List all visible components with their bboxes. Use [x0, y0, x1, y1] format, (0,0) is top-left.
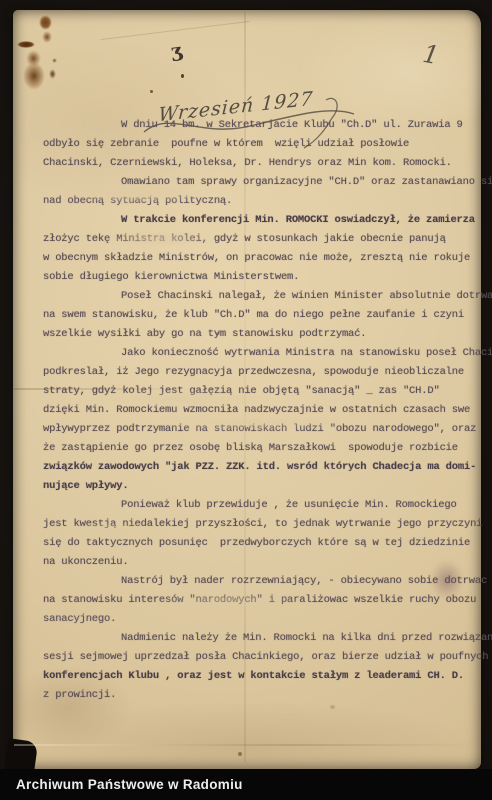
typed-line: wpływyprzez podtrzymanie na stanowiskach… [43, 420, 480, 439]
typed-line: się do taktycznych posunięc przedwyborcz… [43, 534, 480, 553]
typed-line: na swem stanowisku, że klub "Ch.D" ma do… [43, 306, 480, 325]
typed-line: podkreslał, iż Jego rezygnacyja przedwcz… [43, 363, 480, 382]
typed-line: Ponieważ klub przewiduje , że usunięcie … [43, 496, 480, 515]
typed-line: w obecnym składzie Ministrów, on pracowa… [43, 249, 480, 268]
typed-line: sobie długiego kierownictwa Ministerstwe… [43, 268, 480, 287]
paragraph: Poseł Chacinski nalegał, że winien Minis… [43, 287, 480, 344]
typed-line: jest kwestją niedalekiej przyszłości, to… [43, 515, 480, 534]
typed-line: związków zawodowych "jak PZZ. ZZK. itd. … [43, 458, 480, 477]
typed-line: konferencjach Klubu , oraz jest w kontak… [43, 667, 480, 686]
paragraph: W trakcie konferencji Min. ROMOCKI oswia… [43, 211, 480, 287]
typed-line: z prowincji. [43, 686, 480, 705]
paragraph: Nastrój był nader rozrzewniający, - obie… [43, 572, 480, 629]
watermark-bar: Archiwum Państwowe w Radomiu [0, 769, 492, 800]
typed-line: dzięki Min. Romockiemu wzmocniła nadzwyc… [43, 401, 480, 420]
typed-line: Jako konieczność wytrwania Ministra na s… [43, 344, 480, 363]
typed-line: nujące wpływy. [43, 477, 480, 496]
typed-line: na stanowisku interesów "narodowych" i p… [43, 591, 480, 610]
archival-photo: ʒ 1 Wrzesień 1927 W dniu 14 bm. w Sekret… [0, 0, 492, 800]
paragraph: Ponieważ klub przewiduje , że usunięcie … [43, 496, 480, 572]
watermark-label: Archiwum Państwowe w Radomiu [16, 777, 243, 792]
typed-line: W trakcie konferencji Min. ROMOCKI oswia… [43, 211, 480, 230]
typed-line: nad obecną sytuacją polityczną. [43, 192, 480, 211]
paragraph: Jako konieczność wytrwania Ministra na s… [43, 344, 480, 496]
typed-line: Poseł Chacinski nalegał, że winien Minis… [43, 287, 480, 306]
typed-line: Nastrój był nader rozrzewniający, - obie… [43, 572, 480, 591]
typed-line: odbyło się zebranie poufne w którem wzię… [43, 135, 480, 154]
typed-line: W dniu 14 bm. w Sekretarjacie Klubu "Ch.… [43, 116, 480, 135]
typed-line: sanacyjnego. [43, 610, 480, 629]
typed-line: że zastąpienie go przez osobę bliską Mar… [43, 439, 480, 458]
typed-text: W dniu 14 bm. w Sekretarjacie Klubu "Ch.… [43, 116, 480, 705]
typed-line: straty, gdyż kolej jest gałęzią nie obję… [43, 382, 480, 401]
ink-dot [181, 74, 184, 78]
typed-line: Chacinski, Czerniewski, Holeksa, Dr. Hen… [43, 154, 480, 173]
paragraph: Omawiano tam sprawy organizacyjne "CH.D"… [43, 173, 480, 211]
paragraph: W dniu 14 bm. w Sekretarjacie Klubu "Ch.… [43, 116, 480, 173]
paragraph: Nadmienic należy że Min. Romocki na kilk… [43, 629, 480, 705]
typed-line: Omawiano tam sprawy organizacyjne "CH.D"… [43, 173, 480, 192]
typed-line: na ukonczeniu. [43, 553, 480, 572]
typed-line: sesji sejmowej uprzedzał posła Chacinkie… [43, 648, 480, 667]
typed-line: złożyc tekę Ministra kolei, gdyż w stosu… [43, 230, 480, 249]
typed-line: wszelkie wysiłki aby go na tym stanowisk… [43, 325, 480, 344]
typed-line: Nadmienic należy że Min. Romocki na kilk… [43, 629, 480, 648]
